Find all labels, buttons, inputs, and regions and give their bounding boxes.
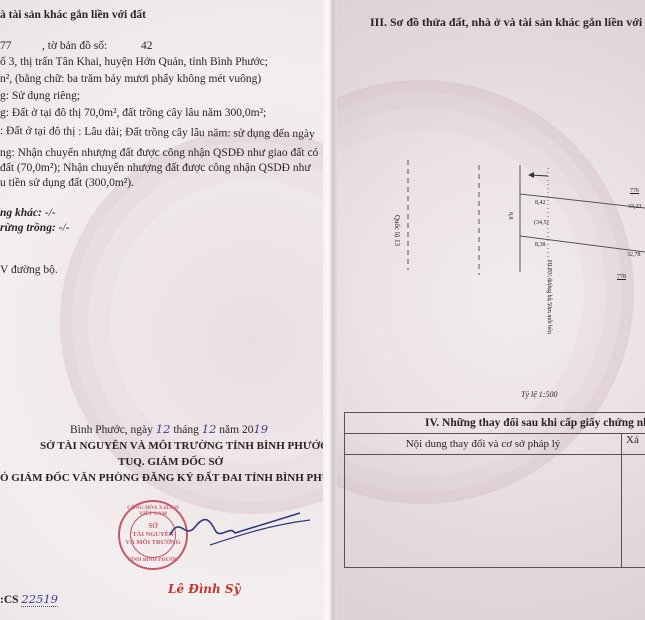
- area-in-words: n², (bằng chữ: ba trăm bảy mươi phẩy khô…: [0, 72, 261, 86]
- map-sheet-label: , tờ bản đồ số:: [42, 39, 107, 53]
- changes-col-content-header: Nội dung thay đổi và cơ sở pháp lý: [345, 434, 622, 455]
- other-constructions: ng khác: -/-: [0, 206, 56, 220]
- changes-col-confirm-header: Xá: [622, 434, 645, 455]
- dim-side: 8,8: [503, 212, 517, 220]
- signer-name: Lê Đình Sỹ: [168, 582, 241, 596]
- changes-content-cell: [345, 455, 622, 568]
- changes-table: IV. Những thay đổi sau khi cấp giấy chứn…: [344, 412, 645, 568]
- left-page: à tài sản khác gắn liền với đất 77 , tờ …: [0, 0, 330, 620]
- other-constructions-label: ng khác:: [0, 207, 42, 219]
- date-month: 12: [202, 422, 217, 436]
- other-constructions-value: -/-: [42, 207, 56, 219]
- date-month-label: tháng: [173, 424, 199, 436]
- dim-top: 8,42: [535, 196, 546, 210]
- date-day: 12: [156, 422, 171, 436]
- usage-form: g: Sử dụng riêng;: [0, 89, 80, 103]
- parcel-number: 77: [0, 39, 12, 53]
- cs-label: :CS: [0, 594, 19, 606]
- parcel-diagram: [330, 0, 645, 380]
- map-sheet-number: 42: [141, 39, 153, 53]
- stamp-bottom-text: TỈNH BÌNH PHƯỚC: [120, 557, 186, 563]
- origin-line-1: ng: Nhận chuyển nhượng đất được công nhậ…: [0, 146, 318, 160]
- usage-term: : Đất ở tại đô thị : Lâu dài; Đất trồng …: [0, 124, 315, 141]
- section-header-fragment: à tài sản khác gắn liền với đất: [0, 8, 146, 22]
- issue-date: Bình Phước, ngày 12 tháng 12 năm 2019: [70, 422, 268, 437]
- land-purpose: g: Đất ở tại đô thị 70,0m², đất trồng câ…: [0, 106, 266, 120]
- signature: [150, 505, 320, 550]
- registration-office: Ó GIÁM ĐỐC VĂN PHÒNG ĐĂNG KÝ ĐẤT ĐAI TỈN…: [0, 471, 330, 485]
- cs-value: 22519: [21, 592, 58, 607]
- map-scale: Tỷ lệ 1:500: [521, 390, 557, 399]
- origin-line-2: đất (70,0m²); Nhận chuyển nhượng đất đượ…: [0, 161, 311, 175]
- area-label: (34,5): [534, 216, 549, 230]
- corridor-label: HLBV đường bộ 50m mỗi bên: [542, 260, 556, 334]
- changes-table-title: IV. Những thay đổi sau khi cấp giấy chứn…: [345, 413, 645, 434]
- planted-forest-label: rừng trồng:: [0, 222, 56, 234]
- date-year-suffix: 19: [253, 422, 268, 436]
- note: V đường bộ.: [0, 263, 58, 277]
- date-prefix: Bình Phước, ngày: [70, 424, 153, 436]
- date-year-label: năm 20: [219, 424, 253, 436]
- changes-confirm-cell: [622, 455, 645, 568]
- length-top: 33,23: [628, 200, 642, 214]
- neighbor-bottom: 778: [617, 270, 626, 284]
- address: ố 3, thị trấn Tân Khai, huyện Hớn Quản, …: [0, 55, 268, 69]
- neighbor-top: 776: [630, 184, 639, 198]
- origin-line-3: u tiền sử dụng đất (300,0m²).: [0, 176, 134, 190]
- length-bottom: 32,78: [627, 248, 641, 262]
- planted-forest-value: -/-: [56, 222, 70, 234]
- on-behalf-of: TUQ. GIÁM ĐỐC SỞ: [118, 455, 223, 469]
- road-label: Quốc lộ 13: [390, 215, 404, 246]
- cs-number: :CS 22519: [0, 592, 58, 607]
- dim-bottom: 8,38: [535, 238, 546, 252]
- issuing-authority: SỞ TÀI NGUYÊN VÀ MÔI TRƯỜNG TỈNH BÌNH PH…: [40, 439, 328, 453]
- planted-forest: rừng trồng: -/-: [0, 221, 70, 235]
